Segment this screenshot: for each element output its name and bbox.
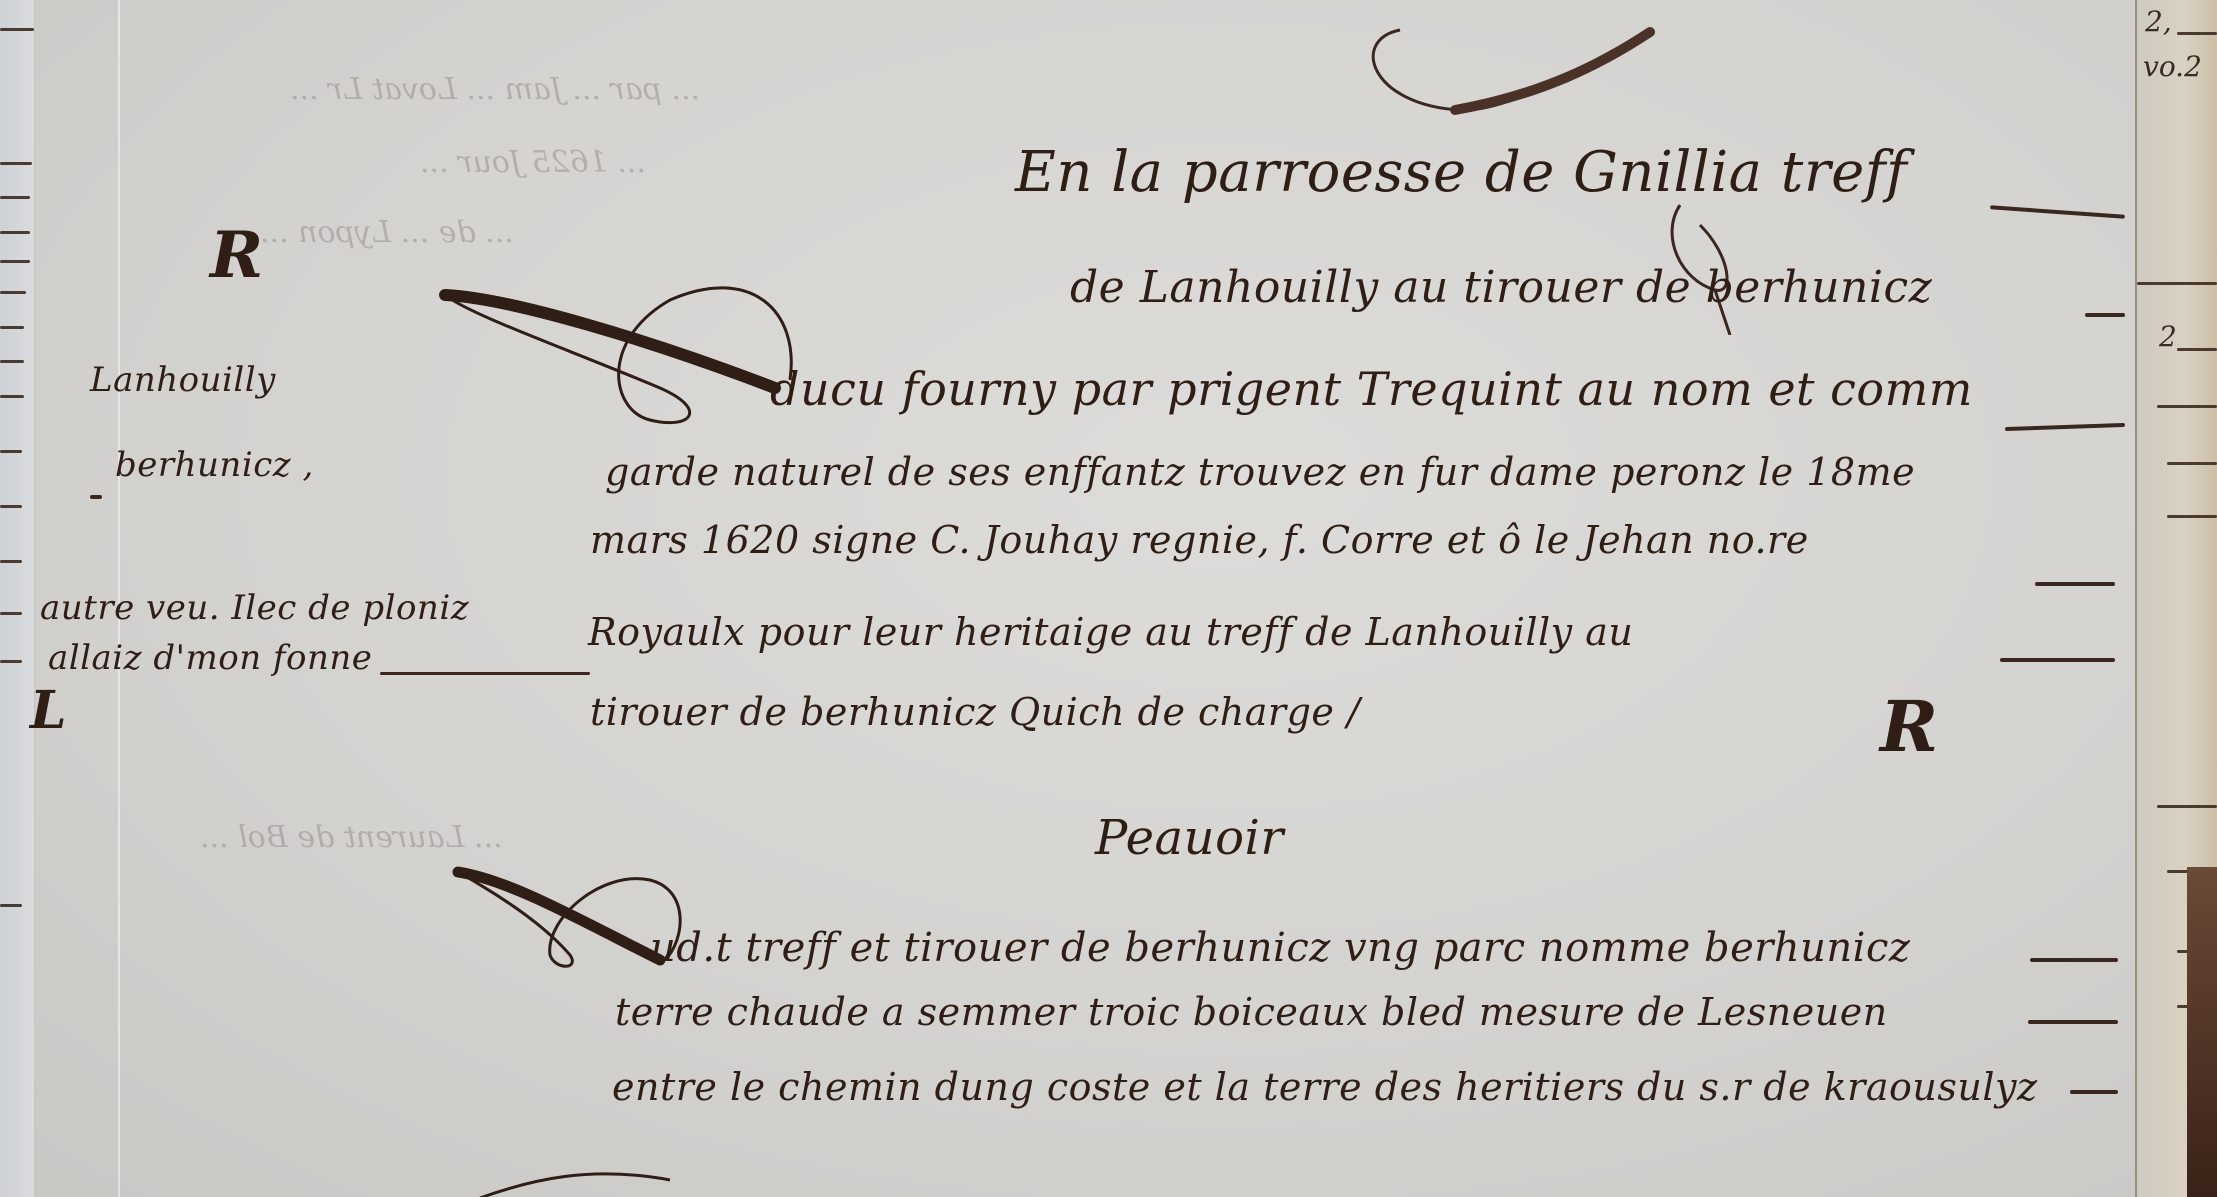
- entry-1-initial-flourish: [430, 270, 810, 430]
- bleed-through-text: ... de ... Lypon ...: [260, 215, 514, 250]
- ruling-tick: [2167, 462, 2217, 465]
- right-margin-verso-note: vo.2: [2143, 50, 2202, 83]
- right-margin-side-note: 2: [2159, 320, 2177, 353]
- right-torn-edge: 2, vo.2 2: [2135, 0, 2217, 1197]
- ruling-tick: [0, 395, 24, 398]
- ruling-tick: [0, 326, 24, 329]
- ruling-tick: [2167, 515, 2217, 518]
- ruling-tick: [0, 612, 22, 615]
- ruling-tick: [2157, 805, 2217, 808]
- bleed-through-text: ... 1625 Jour ...: [420, 145, 646, 180]
- ruling-tick: [0, 162, 32, 165]
- ruling-tick: [0, 260, 30, 263]
- entry-2-line-1: ud.t treff et tirouer de berhunicz vng p…: [650, 925, 1910, 971]
- bleed-through-text: ... par ... Jam ... Lovat Lr ...: [290, 72, 700, 107]
- entry-1-line-2: garde naturel de ses enffantz trouvez en…: [605, 450, 1915, 494]
- next-entry-flourish: [470, 1160, 720, 1197]
- entry-1-line-1: ducu fourny par prigent Trequint au nom …: [770, 362, 1973, 416]
- ruling-tick: [0, 28, 34, 31]
- line-filler-dash: [2005, 423, 2125, 431]
- ruling-tick: [0, 196, 30, 199]
- margin-mark-r: R: [210, 218, 263, 293]
- ruling-tick: [0, 904, 22, 907]
- line-filler-dash: [2028, 1020, 2118, 1024]
- margin-note-2-line-2: allaiz d'mon fonne: [48, 638, 372, 678]
- line-filler-dash: [1990, 205, 2125, 218]
- line-filler-dash: [2030, 958, 2118, 962]
- ruling-tick: [2177, 32, 2217, 35]
- heading-flourish: [1340, 10, 1760, 120]
- ruling-tick: [0, 291, 26, 294]
- entry-1-line-4: Royaulx pour leur heritaige au treff de …: [588, 610, 1633, 654]
- entry-1-line-3: mars 1620 signe C. Jouhay regnie, f. Cor…: [590, 518, 1809, 562]
- margin-mark-l: L: [30, 680, 67, 741]
- ruling-tick: [0, 505, 22, 508]
- entry-1-end-mark: R: [1880, 685, 1938, 768]
- right-margin-folio-note: 2,: [2145, 5, 2172, 38]
- margin-underline: [380, 672, 590, 675]
- heading-line-2: de Lanhouilly au tirouer de berhunicz: [1070, 262, 1932, 313]
- line-filler-dash: [2000, 658, 2115, 662]
- margin-dash: [90, 495, 102, 499]
- left-underpage-strip: [0, 0, 35, 1197]
- ruling-tick: [2157, 405, 2217, 408]
- ruling-tick: [0, 360, 24, 363]
- ruling-tick: [0, 231, 30, 234]
- entry-1-line-5: tirouer de berhunicz Quich de charge /: [590, 690, 1360, 734]
- section-title: Peauoir: [1095, 810, 1284, 866]
- ruling-tick: [0, 560, 22, 563]
- bleed-through-text: ... Laurent de Bol ...: [200, 820, 503, 855]
- margin-note-place: Lanhouilly: [90, 360, 276, 400]
- ruling-tick: [0, 660, 22, 663]
- manuscript-page: ... par ... Jam ... Lovat Lr ... ... 162…: [0, 0, 2217, 1197]
- line-filler-dash: [2085, 313, 2125, 317]
- entry-2-line-2: terre chaude a semmer troic boiceaux ble…: [615, 990, 1888, 1034]
- margin-note-tirouer: berhunicz ,: [115, 445, 314, 485]
- line-filler-dash: [2035, 582, 2115, 586]
- ruling-tick: [0, 450, 22, 453]
- line-filler-dash: [2070, 1090, 2118, 1094]
- ruling-tick: [2137, 282, 2217, 285]
- ruling-tick: [2177, 348, 2217, 351]
- margin-note-2-line-1: autre veu. Ilec de ploniz: [40, 588, 469, 628]
- entry-2-line-3: entre le chemin dung coste et la terre d…: [612, 1065, 2037, 1109]
- background-shadow: [2187, 867, 2217, 1197]
